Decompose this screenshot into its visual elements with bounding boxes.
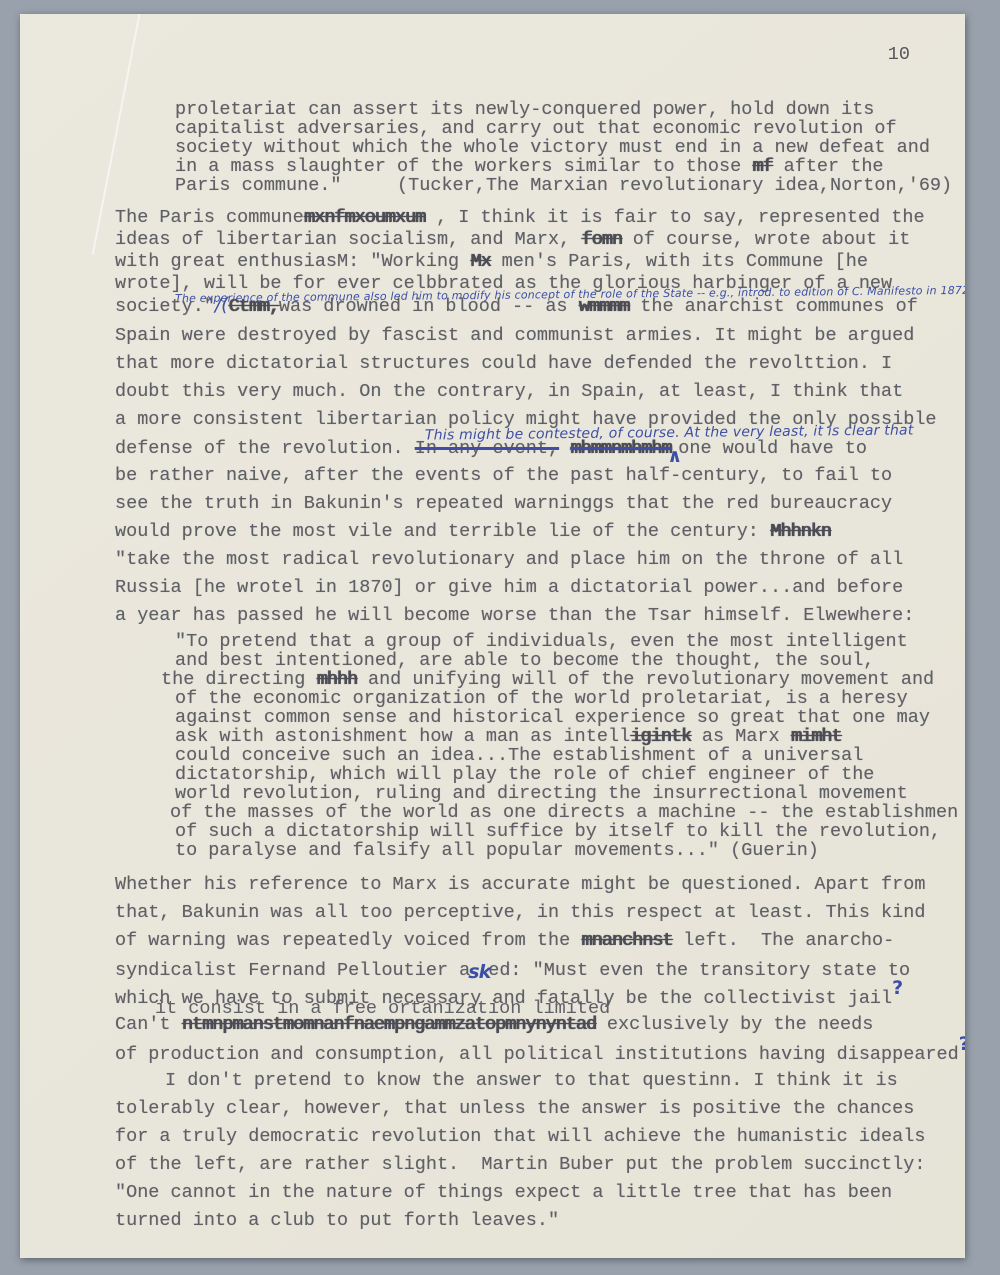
typed-text: I don't pretend to know the answer to th… xyxy=(165,1070,898,1091)
typed-text: syndicalist Fernand Pelloutier a xyxy=(115,960,470,981)
typed-line: proletariat can assert its newly-conquer… xyxy=(175,100,965,119)
typed-line: turned into a club to put forth leaves." xyxy=(115,1207,965,1235)
typed-line: Can't ntmnpmanstmomnanfnaempngammzatopmn… xyxy=(115,1011,965,1039)
typed-line: that, Bakunin was all too perceptive, in… xyxy=(115,899,965,927)
typed-text: against common sense and historical expe… xyxy=(175,707,930,728)
typed-line: for a truly democratic revolution that w… xyxy=(115,1123,965,1151)
typed-line: "To pretend that a group of individuals,… xyxy=(175,632,965,651)
typed-line: see the truth in Bakunin's repeated warn… xyxy=(115,490,965,518)
typed-text: the anarchist communes of xyxy=(629,296,918,317)
typed-text: that more dictatorial structures could h… xyxy=(115,353,892,374)
typed-line: to paralyse and falsify all popular move… xyxy=(175,841,965,860)
manuscript-page: 10 proletariat can assert its newly-conq… xyxy=(20,14,965,1258)
typed-text: and best intentioned, are able to become… xyxy=(175,650,874,671)
typed-text: the directing xyxy=(161,669,316,690)
overstruck-text: mhmmnmhmhm xyxy=(570,438,671,459)
typed-text: ask with astonishment how a man as intel… xyxy=(175,726,630,747)
typed-line: the directing mhhh and unifying will of … xyxy=(161,670,951,689)
typed-text: , I think it is fair to say, represented… xyxy=(425,207,925,228)
typed-line: Russia [he wrotel in 1870] or give him a… xyxy=(115,574,965,602)
pen-insertion: sk xyxy=(468,961,490,983)
typed-line: Spain were destroyed by fascist and comm… xyxy=(115,322,965,350)
pen-caret-mark: ∕( xyxy=(215,295,228,316)
typed-text: of the masses of the world as one direct… xyxy=(170,802,958,823)
typed-line: of the masses of the world as one direct… xyxy=(170,803,960,822)
typed-line: "One cannot in the nature of things expe… xyxy=(115,1179,965,1207)
typed-line: ask with astonishment how a man as intel… xyxy=(175,727,965,746)
typed-line: of the economic organization of the worl… xyxy=(175,689,965,708)
typed-text: of warning was repeatedly voiced from th… xyxy=(115,930,581,951)
typed-text: in a mass slaughter of the workers simil… xyxy=(175,156,752,177)
paragraph-paris-commune: The Paris communemxnfmxoumxum , I think … xyxy=(115,207,965,317)
typed-text: Whether his reference to Marx is accurat… xyxy=(115,874,925,895)
typed-line: society."∕(Ctmm,was drowned in blood -- … xyxy=(115,295,965,317)
overstruck-text: fomn xyxy=(581,229,621,250)
typed-text: see the truth in Bakunin's repeated warn… xyxy=(115,493,892,514)
opening-quote-block: proletariat can assert its newly-conquer… xyxy=(115,100,965,195)
paragraph-pelloutier: Whether his reference to Marx is accurat… xyxy=(115,871,965,1067)
typed-line: capitalist adversaries, and carry out th… xyxy=(175,119,965,138)
typed-line: a year has passed he will become worse t… xyxy=(115,602,965,630)
typed-text: The Paris commune xyxy=(115,207,304,228)
typed-text: "take the most radical revolutionary and… xyxy=(115,549,903,570)
typed-text: ed: "Must even the transitory state to xyxy=(488,960,910,981)
typed-text: tolerably clear, however, that unless th… xyxy=(115,1098,914,1119)
typed-text: proletariat can assert its newly-conquer… xyxy=(175,99,874,120)
typed-text: "One cannot in the nature of things expe… xyxy=(115,1182,892,1203)
typed-line: of production and consumption, all polit… xyxy=(115,1039,965,1067)
typed-line: of the left, are rather slight. Martin B… xyxy=(115,1151,965,1179)
typed-text: turned into a club to put forth leaves." xyxy=(115,1210,559,1231)
typed-text: of production and consumption, all polit… xyxy=(115,1044,959,1065)
overstruck-text: mhhh xyxy=(316,669,356,690)
overstruck-text: igintk xyxy=(630,726,691,747)
typed-text-area: proletariat can assert its newly-conquer… xyxy=(115,100,965,1235)
typed-line: tolerably clear, however, that unless th… xyxy=(115,1095,965,1123)
typed-text: left. The anarcho- xyxy=(672,930,894,951)
typed-text xyxy=(559,438,570,459)
typed-text: that, Bakunin was all too perceptive, in… xyxy=(115,902,925,923)
typed-text: ideas of libertarian socialism, and Marx… xyxy=(115,229,581,250)
typed-line: of warning was repeatedly voiced from th… xyxy=(115,927,965,955)
typed-line: world revolution, ruling and directing t… xyxy=(175,784,965,803)
typed-text: exclusively by the needs xyxy=(596,1014,874,1035)
typed-line: doubt this very much. On the contrary, i… xyxy=(115,378,965,406)
typed-text: society." xyxy=(115,296,215,317)
typed-line: ideas of libertarian socialism, and Marx… xyxy=(115,229,965,251)
typed-text: and unifying will of the revolutionary m… xyxy=(357,669,934,690)
typed-line: syndicalist Fernand Pelloutier asked: "M… xyxy=(115,955,965,983)
paragraph-spain: Spain were destroyed by fascist and comm… xyxy=(115,322,965,630)
typed-text: "To pretend that a group of individuals,… xyxy=(175,631,908,652)
typed-text: of course, wrote about it xyxy=(622,229,911,250)
typed-text: dictatorship, which will play the role o… xyxy=(175,764,874,785)
typed-line: that more dictatorial structures could h… xyxy=(115,350,965,378)
page-number: 10 xyxy=(888,44,910,65)
struck-through-text: In any event, xyxy=(415,438,559,459)
typed-text: a year has passed he will become worse t… xyxy=(115,605,914,626)
typed-line: and best intentioned, are able to become… xyxy=(175,651,965,670)
typed-text: doubt this very much. On the contrary, i… xyxy=(115,381,903,402)
typed-text: be rather naive, after the events of the… xyxy=(115,465,892,486)
overstruck-text: mxnfmxoumxum xyxy=(304,207,425,228)
typed-text: to paralyse and falsify all popular move… xyxy=(175,840,819,861)
typed-text: was drowned in blood -- as xyxy=(279,296,579,317)
overstruck-text: Mx xyxy=(470,251,490,272)
typed-text: capitalist adversaries, and carry out th… xyxy=(175,118,897,139)
typed-line: society without which the whole victory … xyxy=(175,138,965,157)
typed-text: Paris commune." (Tucker,The Marxian revo… xyxy=(175,175,952,196)
typed-text: after the xyxy=(773,156,884,177)
typed-text: as Marx xyxy=(691,726,791,747)
overstruck-text: Mhhnkn xyxy=(770,521,831,542)
typed-line: could conceive such an idea...The establ… xyxy=(175,746,965,765)
typed-line: Whether his reference to Marx is accurat… xyxy=(115,871,965,899)
typed-line: I don't pretend to know the answer to th… xyxy=(165,1067,965,1095)
typed-text: of the economic organization of the worl… xyxy=(175,688,908,709)
typed-line: be rather naive, after the events of the… xyxy=(115,462,965,490)
typed-text: Spain were destroyed by fascist and comm… xyxy=(115,325,914,346)
bakunin-quote-block: "To pretend that a group of individuals,… xyxy=(115,632,965,860)
typed-line: against common sense and historical expe… xyxy=(175,708,965,727)
typed-text: men's Paris, with its Commune [he xyxy=(490,251,867,272)
typed-line: in a mass slaughter of the workers simil… xyxy=(175,157,965,176)
typed-text: would prove the most vile and terrible l… xyxy=(115,521,770,542)
typed-text: with great enthusiasM: "Working xyxy=(115,251,470,272)
overstruck-text: Ctmm, xyxy=(228,296,279,317)
closing-paragraph: I don't pretend to know the answer to th… xyxy=(115,1067,965,1235)
overstruck-text: mnanchnst xyxy=(581,930,672,951)
typed-text: Russia [he wrotel in 1870] or give him a… xyxy=(115,577,903,598)
typed-line: dictatorship, which will play the role o… xyxy=(175,765,965,784)
overstruck-text: mimht xyxy=(791,726,842,747)
typed-text: of such a dictatorship will suffice by i… xyxy=(175,821,941,842)
typed-text: Can't xyxy=(115,1014,182,1035)
overstruck-text: ntmnpmanstmomnanfnaempngammzatopmnynynta… xyxy=(182,1014,596,1035)
typed-line: Paris commune." (Tucker,The Marxian revo… xyxy=(175,176,965,195)
typed-text: of the left, are rather slight. Martin B… xyxy=(115,1154,925,1175)
overstruck-text: mf xyxy=(752,156,772,177)
pen-question-mark: ? xyxy=(892,977,903,999)
typed-text: world revolution, ruling and directing t… xyxy=(175,783,908,804)
typed-text: one would have to xyxy=(678,438,867,459)
typed-line: would prove the most vile and terrible l… xyxy=(115,518,965,546)
typed-line: with great enthusiasM: "Working Mx men's… xyxy=(115,251,965,273)
typed-line: "take the most radical revolutionary and… xyxy=(115,546,965,574)
pen-question-mark: ? xyxy=(959,1033,965,1055)
typed-text: defense of the revolution. xyxy=(115,438,415,459)
typed-line: The Paris communemxnfmxoumxum , I think … xyxy=(115,207,965,229)
typed-text: could conceive such an idea...The establ… xyxy=(175,745,863,766)
typed-line: of such a dictatorship will suffice by i… xyxy=(175,822,965,841)
typed-text: for a truly democratic revolution that w… xyxy=(115,1126,925,1147)
typed-text: society without which the whole victory … xyxy=(175,137,930,158)
overstruck-text: wmmmm xyxy=(579,296,630,317)
typed-line: defense of the revolution. In any event,… xyxy=(115,434,965,462)
